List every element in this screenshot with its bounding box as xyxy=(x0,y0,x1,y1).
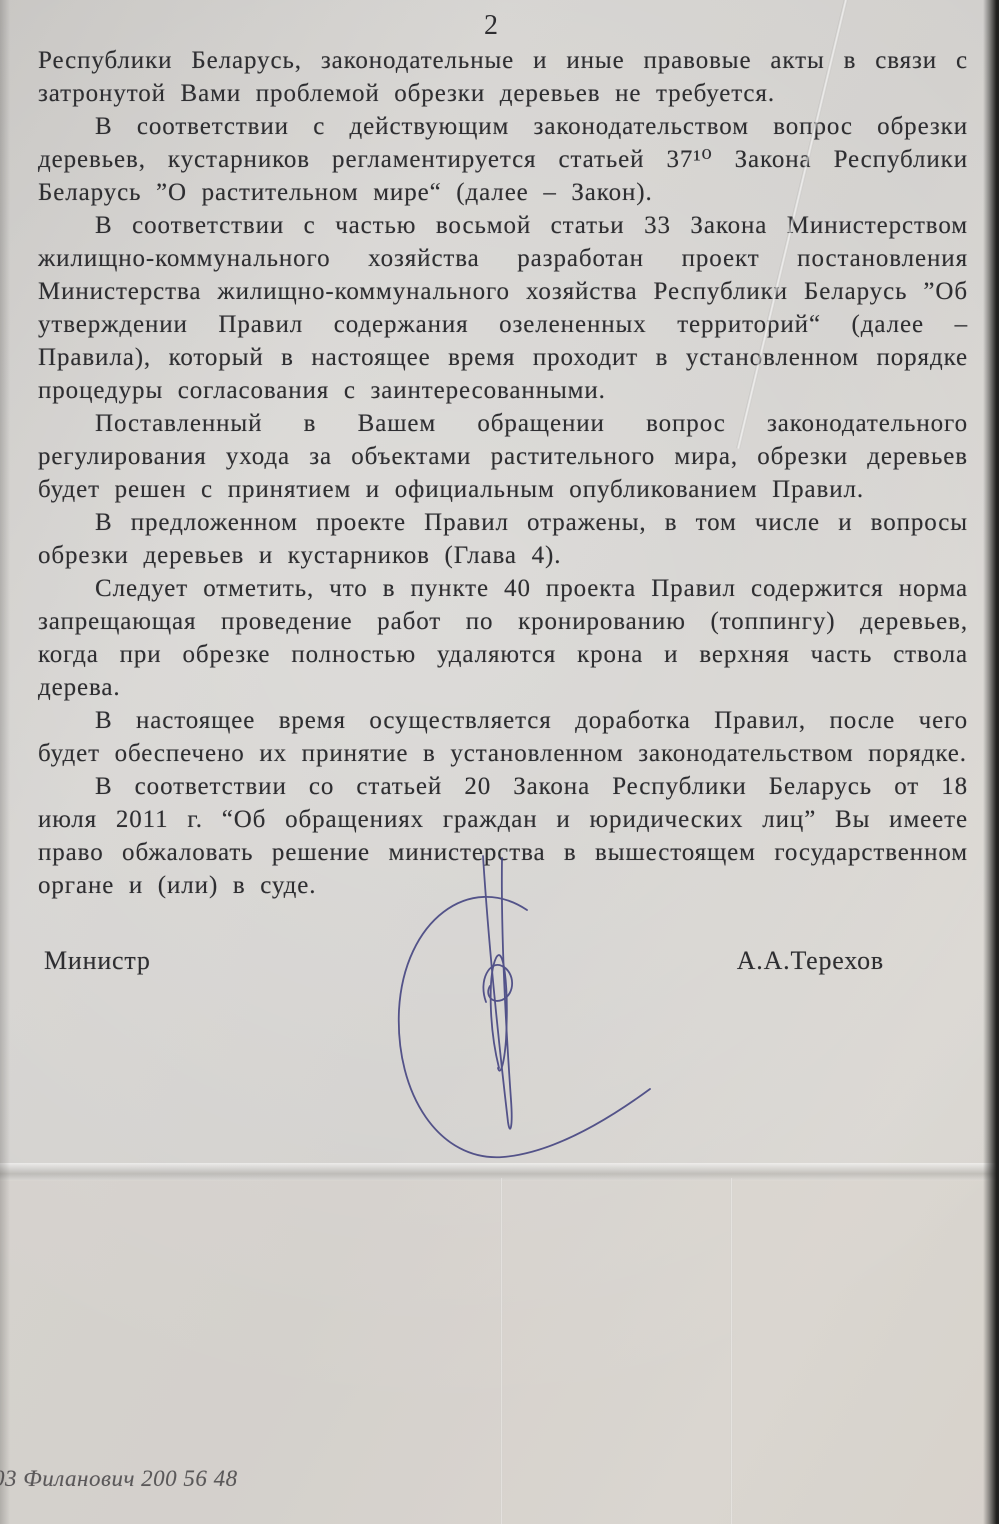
photo-edge-left xyxy=(0,0,10,1524)
paragraph-3: В соответствии с частью восьмой статьи 3… xyxy=(38,209,968,407)
paragraph-2: В соответствии с действующим законодател… xyxy=(38,110,968,209)
paragraph-7: В настоящее время осуществляется доработ… xyxy=(38,704,968,770)
letter-body: Республики Беларусь, законодательные и и… xyxy=(38,44,968,902)
signatory-title: Министр xyxy=(44,946,151,976)
paragraph-5: В предложенном проекте Правил отражены, … xyxy=(38,506,968,572)
paragraph-6: Следует отметить, что в пункте 40 проект… xyxy=(38,572,968,704)
paragraph-8: В соответствии со статьей 20 Закона Респ… xyxy=(38,770,968,902)
photo-edge-right xyxy=(983,0,999,1524)
paragraph-4: Поставленный в Вашем обращении вопрос за… xyxy=(38,407,968,506)
paper-wrinkle xyxy=(500,1178,503,1524)
signature-block: Министр А.А.Терехов xyxy=(44,946,884,976)
paper-wrinkle xyxy=(730,1178,733,1524)
signatory-name: А.А.Терехов xyxy=(737,946,884,976)
scanned-letter-page: 2 Республики Беларусь, законодательные и… xyxy=(0,0,999,1524)
